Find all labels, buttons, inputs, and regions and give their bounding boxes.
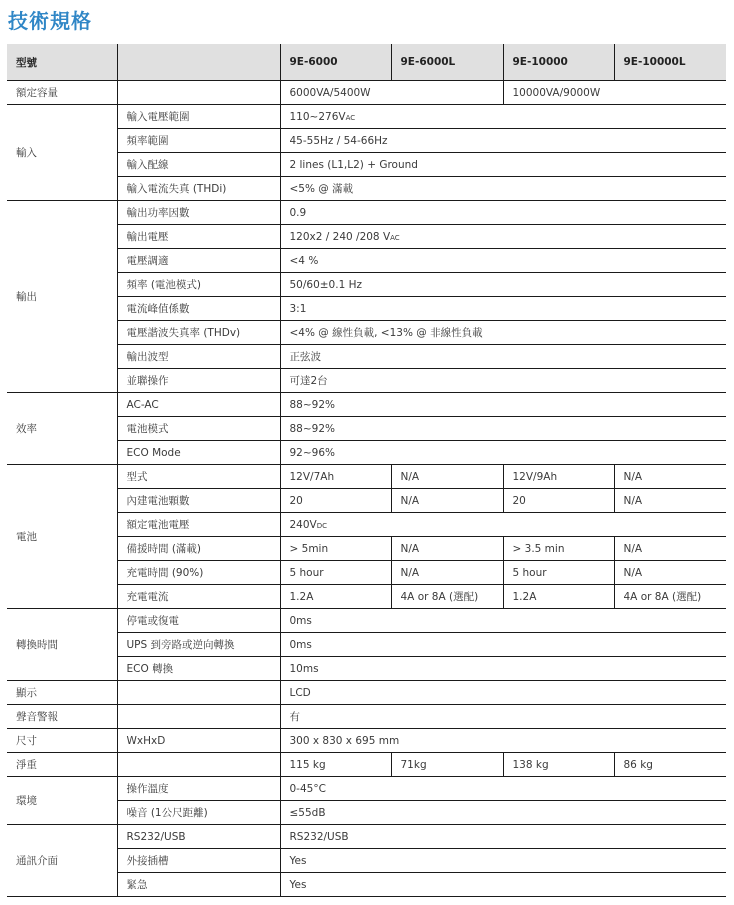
spec-value: 86 kg xyxy=(614,753,726,777)
category-label: 輸出 xyxy=(7,201,117,393)
table-row: 輸出 輸出功率因數 0.9 xyxy=(7,201,726,225)
spec-name: 緊急 xyxy=(117,873,280,897)
spec-value: N/A xyxy=(391,537,503,561)
model-label: 型號 xyxy=(7,44,117,81)
value-cell: 6000VA/5400W xyxy=(280,81,503,105)
value-cell: 10000VA/9000W xyxy=(503,81,726,105)
spec-value: 1.2A xyxy=(503,585,614,609)
spec-value: N/A xyxy=(391,489,503,513)
spec-value: N/A xyxy=(391,561,503,585)
spec-value: 71kg xyxy=(391,753,503,777)
spec-value: <5% @ 滿載 xyxy=(280,177,726,201)
spec-name: 電池模式 xyxy=(117,417,280,441)
spec-value: N/A xyxy=(391,465,503,489)
spec-value: 可達2台 xyxy=(280,369,726,393)
spec-value: 0ms xyxy=(280,633,726,657)
spec-name: 停電或復電 xyxy=(117,609,280,633)
empty-cell xyxy=(117,81,280,105)
spec-value: 115 kg xyxy=(280,753,391,777)
spec-name: 輸入電流失真 (THDi) xyxy=(117,177,280,201)
spec-name: 操作溫度 xyxy=(117,777,280,801)
spec-name: 輸出功率因數 xyxy=(117,201,280,225)
spec-value: 20 xyxy=(503,489,614,513)
spec-value: 1.2A xyxy=(280,585,391,609)
category-label: 通訊介面 xyxy=(7,825,117,897)
table-row-weight: 淨重 115 kg 71kg 138 kg 86 kg xyxy=(7,753,726,777)
spec-value: 3:1 xyxy=(280,297,726,321)
table-row: 轉換時間 停電或復電 0ms xyxy=(7,609,726,633)
table-row: 效率 AC-AC 88~92% xyxy=(7,393,726,417)
spec-value: 88~92% xyxy=(280,393,726,417)
spec-name: 輸出電壓 xyxy=(117,225,280,249)
spec-name: 充電時間 (90%) xyxy=(117,561,280,585)
spec-value: 0.9 xyxy=(280,201,726,225)
spec-value: 4A or 8A (選配) xyxy=(614,585,726,609)
spec-value: 50/60±0.1 Hz xyxy=(280,273,726,297)
spec-value: 120x2 / 240 /208 Vac xyxy=(280,225,726,249)
model-9e-10000l: 9E-10000L xyxy=(614,44,726,81)
model-9e-6000: 9E-6000 xyxy=(280,44,391,81)
spec-value: 88~92% xyxy=(280,417,726,441)
category-label: 淨重 xyxy=(7,753,117,777)
spec-name: 噪音 (1公尺距離) xyxy=(117,801,280,825)
spec-value: 110~276Vac xyxy=(280,105,726,129)
spec-name: 型式 xyxy=(117,465,280,489)
table-row-alarm: 聲音警報 有 xyxy=(7,705,726,729)
page-title: 技術規格 xyxy=(8,5,92,34)
spec-name: 額定電池電壓 xyxy=(117,513,280,537)
category-label: 環境 xyxy=(7,777,117,825)
model-9e-10000: 9E-10000 xyxy=(503,44,614,81)
spec-value: 0ms xyxy=(280,609,726,633)
spec-name: 輸入配線 xyxy=(117,153,280,177)
spec-name: RS232/USB xyxy=(117,825,280,849)
spec-value: 92~96% xyxy=(280,441,726,465)
spec-name: 頻率 (電池模式) xyxy=(117,273,280,297)
spec-value: 20 xyxy=(280,489,391,513)
spec-value: 0-45°C xyxy=(280,777,726,801)
spec-value: 138 kg xyxy=(503,753,614,777)
spec-name: AC-AC xyxy=(117,393,280,417)
table-row: 輸入 輸入電壓範圍 110~276Vac xyxy=(7,105,726,129)
spec-value: N/A xyxy=(614,561,726,585)
spec-name: 充電電流 xyxy=(117,585,280,609)
spec-value: 10ms xyxy=(280,657,726,681)
spec-name: 電流峰值係數 xyxy=(117,297,280,321)
spec-value: 有 xyxy=(280,705,726,729)
spec-name: 輸出波型 xyxy=(117,345,280,369)
spec-value: 240Vdc xyxy=(280,513,726,537)
spec-value: 300 x 830 x 695 mm xyxy=(280,729,726,753)
spec-name: 並聯操作 xyxy=(117,369,280,393)
spec-value: 5 hour xyxy=(280,561,391,585)
category-label: 聲音警報 xyxy=(7,705,117,729)
table-row-rated-capacity: 額定容量 6000VA/5400W 10000VA/9000W xyxy=(7,81,726,105)
spec-value: N/A xyxy=(614,489,726,513)
table-row: 電池 型式 12V/7Ah N/A 12V/9Ah N/A xyxy=(7,465,726,489)
spec-value: RS232/USB xyxy=(280,825,726,849)
spec-value: <4% @ 線性負載, <13% @ 非線性負載 xyxy=(280,321,726,345)
category-label: 輸入 xyxy=(7,105,117,201)
category-label: 電池 xyxy=(7,465,117,609)
spec-name: 電壓調適 xyxy=(117,249,280,273)
empty-cell xyxy=(117,681,280,705)
spec-value: 5 hour xyxy=(503,561,614,585)
category-label: 尺寸 xyxy=(7,729,117,753)
spec-value: 正弦波 xyxy=(280,345,726,369)
category-label: 轉換時間 xyxy=(7,609,117,681)
spec-value: N/A xyxy=(614,465,726,489)
spec-value: > 5min xyxy=(280,537,391,561)
spec-name: ECO 轉換 xyxy=(117,657,280,681)
spec-name: 外接插槽 xyxy=(117,849,280,873)
spec-name: 電壓諧波失真率 (THDv) xyxy=(117,321,280,345)
header-row: 型號 9E-6000 9E-6000L 9E-10000 9E-10000L xyxy=(7,44,726,81)
spec-value: Yes xyxy=(280,873,726,897)
spec-name: ECO Mode xyxy=(117,441,280,465)
spec-name: 內建電池顆數 xyxy=(117,489,280,513)
table-row: 通訊介面 RS232/USB RS232/USB xyxy=(7,825,726,849)
spec-value: 4A or 8A (選配) xyxy=(391,585,503,609)
spec-value: <4 % xyxy=(280,249,726,273)
spec-value: > 3.5 min xyxy=(503,537,614,561)
spec-name: WxHxD xyxy=(117,729,280,753)
spec-table: 型號 9E-6000 9E-6000L 9E-10000 9E-10000L 額… xyxy=(7,44,726,897)
table-row: 環境 操作溫度 0-45°C xyxy=(7,777,726,801)
spec-value: N/A xyxy=(614,537,726,561)
category-label: 額定容量 xyxy=(7,81,117,105)
model-9e-6000l: 9E-6000L xyxy=(391,44,503,81)
table-row-dimensions: 尺寸 WxHxD 300 x 830 x 695 mm xyxy=(7,729,726,753)
spec-value: ≤55dB xyxy=(280,801,726,825)
category-label: 效率 xyxy=(7,393,117,465)
table-row-display: 顯示 LCD xyxy=(7,681,726,705)
spec-value: 45-55Hz / 54-66Hz xyxy=(280,129,726,153)
spec-name: UPS 到旁路或逆向轉換 xyxy=(117,633,280,657)
spec-value: 12V/9Ah xyxy=(503,465,614,489)
spec-value: 2 lines (L1,L2) + Ground xyxy=(280,153,726,177)
header-sub-label xyxy=(117,44,280,81)
spec-value: Yes xyxy=(280,849,726,873)
spec-name: 輸入電壓範圍 xyxy=(117,105,280,129)
empty-cell xyxy=(117,753,280,777)
spec-name: 頻率範圍 xyxy=(117,129,280,153)
empty-cell xyxy=(117,705,280,729)
spec-name: 備援時間 (滿載) xyxy=(117,537,280,561)
spec-value: 12V/7Ah xyxy=(280,465,391,489)
spec-value: LCD xyxy=(280,681,726,705)
category-label: 顯示 xyxy=(7,681,117,705)
